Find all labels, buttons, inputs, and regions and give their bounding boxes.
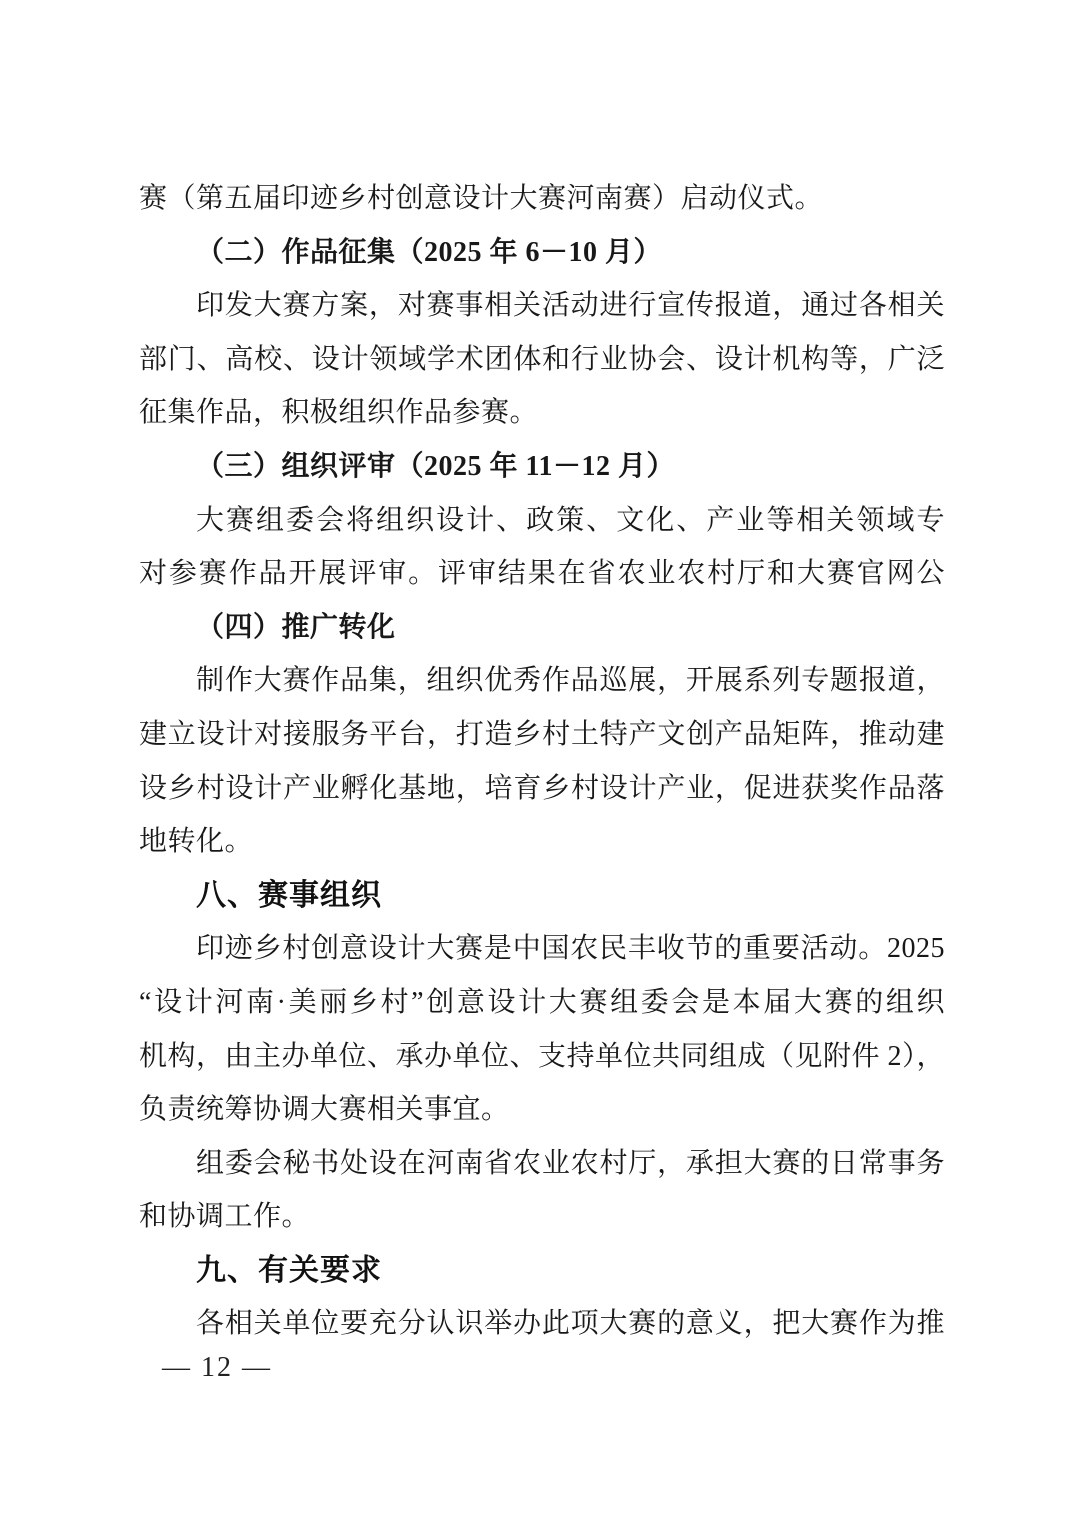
- document-page: 赛（第五届印迹乡村创意设计大赛河南赛）启动仪式。（二）作品征集（2025 年 6…: [0, 0, 1080, 1527]
- text-line: 设乡村设计产业孵化基地，培育乡村设计产业，促进获奖作品落: [139, 762, 945, 816]
- sub-heading: （二）作品征集（2025 年 6－10 月）: [139, 226, 945, 280]
- text-line: 地转化。: [139, 815, 945, 869]
- page-number-footer: — 12 —: [162, 1352, 272, 1384]
- sub-heading: （四）推广转化: [139, 601, 945, 655]
- text-line: “设计河南·美丽乡村”创意设计大赛组委会是本届大赛的组织: [139, 976, 945, 1030]
- text-line: 负责统筹协调大赛相关事宜。: [139, 1083, 945, 1137]
- sub-heading: （三）组织评审（2025 年 11－12 月）: [139, 440, 945, 494]
- text-line: 对参赛作品开展评审。评审结果在省农业农村厅和大赛官网公布。: [139, 547, 945, 601]
- text-line: 组委会秘书处设在河南省农业农村厅，承担大赛的日常事务: [139, 1137, 945, 1191]
- section-heading: 八、赛事组织: [139, 869, 945, 923]
- text-line: 征集作品，积极组织作品参赛。: [139, 386, 945, 440]
- text-line: 机构，由主办单位、承办单位、支持单位共同组成（见附件 2），: [139, 1030, 945, 1084]
- text-line: 印迹乡村创意设计大赛是中国农民丰收节的重要活动。2025: [139, 922, 945, 976]
- document-body: 赛（第五届印迹乡村创意设计大赛河南赛）启动仪式。（二）作品征集（2025 年 6…: [139, 172, 945, 1351]
- section-heading: 九、有关要求: [139, 1244, 945, 1298]
- text-line: 各相关单位要充分认识举办此项大赛的意义，把大赛作为推: [139, 1297, 945, 1351]
- text-line: 大赛组委会将组织设计、政策、文化、产业等相关领域专家，: [139, 494, 945, 548]
- text-line: 制作大赛作品集，组织优秀作品巡展，开展系列专题报道，: [139, 654, 945, 708]
- text-line: 赛（第五届印迹乡村创意设计大赛河南赛）启动仪式。: [139, 172, 945, 226]
- text-line: 印发大赛方案，对赛事相关活动进行宣传报道，通过各相关: [139, 279, 945, 333]
- text-line: 和协调工作。: [139, 1190, 945, 1244]
- text-line: 建立设计对接服务平台，打造乡村土特产文创产品矩阵，推动建: [139, 708, 945, 762]
- text-line: 部门、高校、设计领域学术团体和行业协会、设计机构等，广泛: [139, 333, 945, 387]
